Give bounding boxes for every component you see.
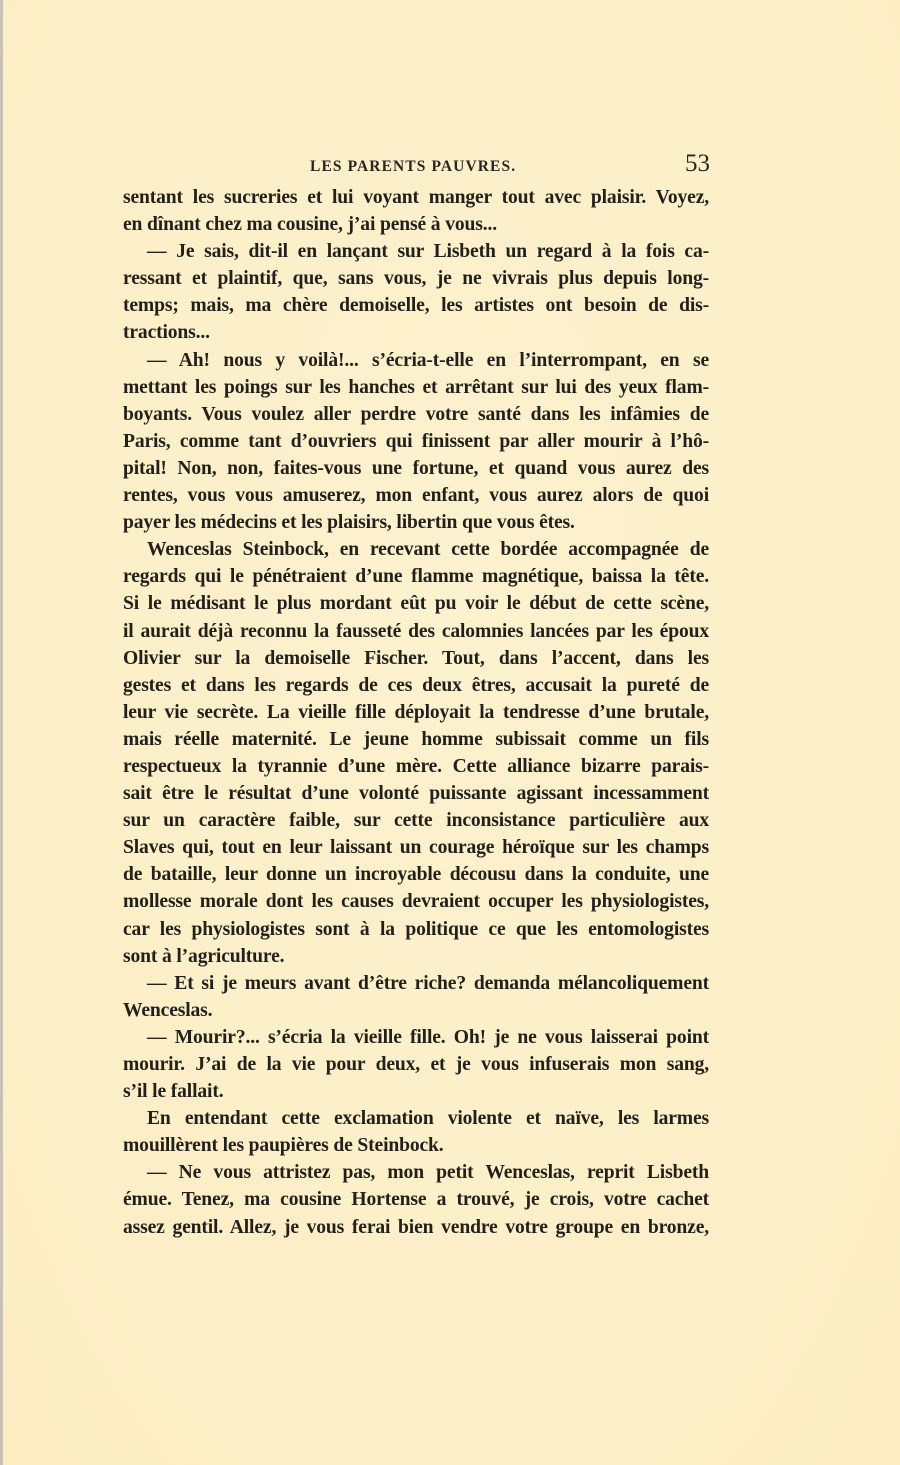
text-line: émue. Tenez, ma cousine Hortense a trouv…: [123, 1186, 709, 1213]
text-line: payer les médecins et les plaisirs, libe…: [123, 509, 709, 536]
text-line: sentant les sucreries et lui voyant mang…: [123, 184, 709, 211]
text-line: respectueux la tyrannie d’une mère. Cett…: [123, 753, 709, 780]
body-text: sentant les sucreries et lui voyant mang…: [123, 184, 709, 1241]
text-line: leur vie secrète. La vieille fille déplo…: [123, 699, 709, 726]
text-line: regards qui le pénétraient d’une flamme …: [123, 563, 709, 590]
book-page: LES PARENTS PAUVRES. 53 sentant les sucr…: [0, 0, 900, 1465]
page-number: 53: [685, 150, 710, 178]
page-edge: [0, 0, 3, 1465]
text-line: Si le médisant le plus mordant eût pu vo…: [123, 590, 709, 617]
text-line: de bataille, leur donne un incroyable dé…: [123, 861, 709, 888]
text-line: s’il le fallait.: [123, 1078, 709, 1105]
text-line: — Ne vous attristez pas, mon petit Wence…: [123, 1159, 709, 1186]
running-title: LES PARENTS PAUVRES.: [310, 158, 516, 176]
text-line: rentes, vous vous amuserez, mon enfant, …: [123, 482, 709, 509]
text-line: pital! Non, non, faites-vous une fortune…: [123, 455, 709, 482]
text-line: mettant les poings sur les hanches et ar…: [123, 374, 709, 401]
text-line: — Ah! nous y voilà!... s’écria-t-elle en…: [123, 347, 709, 374]
text-line: car les physiologistes sont à la politiq…: [123, 916, 709, 943]
text-line: sur un caractère faible, sur cette incon…: [123, 807, 709, 834]
text-line: il aurait déjà reconnu la fausseté des c…: [123, 618, 709, 645]
text-line: temps; mais, ma chère demoiselle, les ar…: [123, 292, 709, 319]
text-line: sont à l’agriculture.: [123, 943, 709, 970]
text-line: sait être le résultat d’une volonté puis…: [123, 780, 709, 807]
text-line: Olivier sur la demoiselle Fischer. Tout,…: [123, 645, 709, 672]
text-line: mouillèrent les paupières de Steinbock.: [123, 1132, 709, 1159]
running-head: LES PARENTS PAUVRES. 53: [123, 154, 710, 182]
text-line: en dînant chez ma cousine, j’ai pensé à …: [123, 211, 709, 238]
text-line: assez gentil. Allez, je vous ferai bien …: [123, 1214, 709, 1241]
text-line: — Mourir?... s’écria la vieille fille. O…: [123, 1024, 709, 1051]
text-line: ressant et plaintif, que, sans vous, je …: [123, 265, 709, 292]
text-line: Paris, comme tant d’ouvriers qui finisse…: [123, 428, 709, 455]
text-line: mollesse morale dont les causes devraien…: [123, 888, 709, 915]
text-line: gestes et dans les regards de ces deux ê…: [123, 672, 709, 699]
text-line: mourir. J’ai de la vie pour deux, et je …: [123, 1051, 709, 1078]
text-line: boyants. Vous voulez aller perdre votre …: [123, 401, 709, 428]
text-line: Slaves qui, tout en leur laissant un cou…: [123, 834, 709, 861]
text-line: mais réelle maternité. Le jeune homme su…: [123, 726, 709, 753]
text-line: Wenceslas.: [123, 997, 709, 1024]
text-line: — Je sais, dit-il en lançant sur Lisbeth…: [123, 238, 709, 265]
text-line: En entendant cette exclamation violente …: [123, 1105, 709, 1132]
text-line: tractions...: [123, 319, 709, 346]
text-line: — Et si je meurs avant d’être riche? dem…: [123, 970, 709, 997]
text-line: Wenceslas Steinbock, en recevant cette b…: [123, 536, 709, 563]
